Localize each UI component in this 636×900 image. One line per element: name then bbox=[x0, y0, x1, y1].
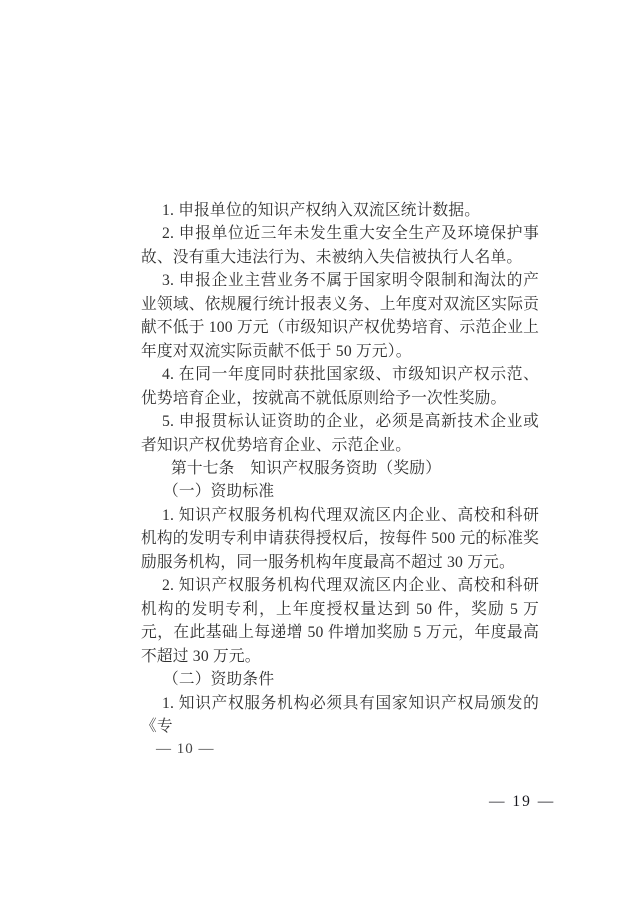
clause-item: 1. 知识产权服务机构必须具有国家知识产权局颁发的《专 bbox=[141, 692, 539, 739]
clause-item: 4. 在同一年度同时获批国家级、市级知识产权示范、优势培育企业，按就高不就低原则… bbox=[141, 363, 539, 410]
clause-item: 2. 申报单位近三年未发生重大安全生产及环境保护事故、没有重大违法行为、未被纳入… bbox=[141, 222, 539, 269]
subsection-label: （二）资助条件 bbox=[141, 668, 539, 691]
clause-item: 1. 知识产权服务机构代理双流区内企业、高校和科研机构的发明专利申请获得授权后，… bbox=[141, 504, 539, 574]
article-heading: 第十七条 知识产权服务资助（奖励） bbox=[141, 457, 539, 480]
document-page: 1. 申报单位的知识产权纳入双流区统计数据。2. 申报单位近三年未发生重大安全生… bbox=[0, 0, 636, 900]
clause-item: 5. 申报贯标认证资助的企业，必须是高新技术企业或者知识产权优势培育企业、示范企… bbox=[141, 410, 539, 457]
document-body: 1. 申报单位的知识产权纳入双流区统计数据。2. 申报单位近三年未发生重大安全生… bbox=[141, 199, 539, 762]
inner-page-number: — 10 — bbox=[141, 738, 539, 761]
subsection-label: （一）资助标准 bbox=[141, 480, 539, 503]
page-number: — 19 — bbox=[489, 793, 555, 811]
clause-item: 2. 知识产权服务机构代理双流区内企业、高校和科研机构的发明专利，上年度授权量达… bbox=[141, 574, 539, 668]
clause-item: 3. 申报企业主营业务不属于国家明令限制和淘汰的产业领域、依规履行统计报表义务、… bbox=[141, 269, 539, 363]
clause-item: 1. 申报单位的知识产权纳入双流区统计数据。 bbox=[141, 199, 539, 222]
paragraph-list: 1. 申报单位的知识产权纳入双流区统计数据。2. 申报单位近三年未发生重大安全生… bbox=[141, 199, 539, 738]
